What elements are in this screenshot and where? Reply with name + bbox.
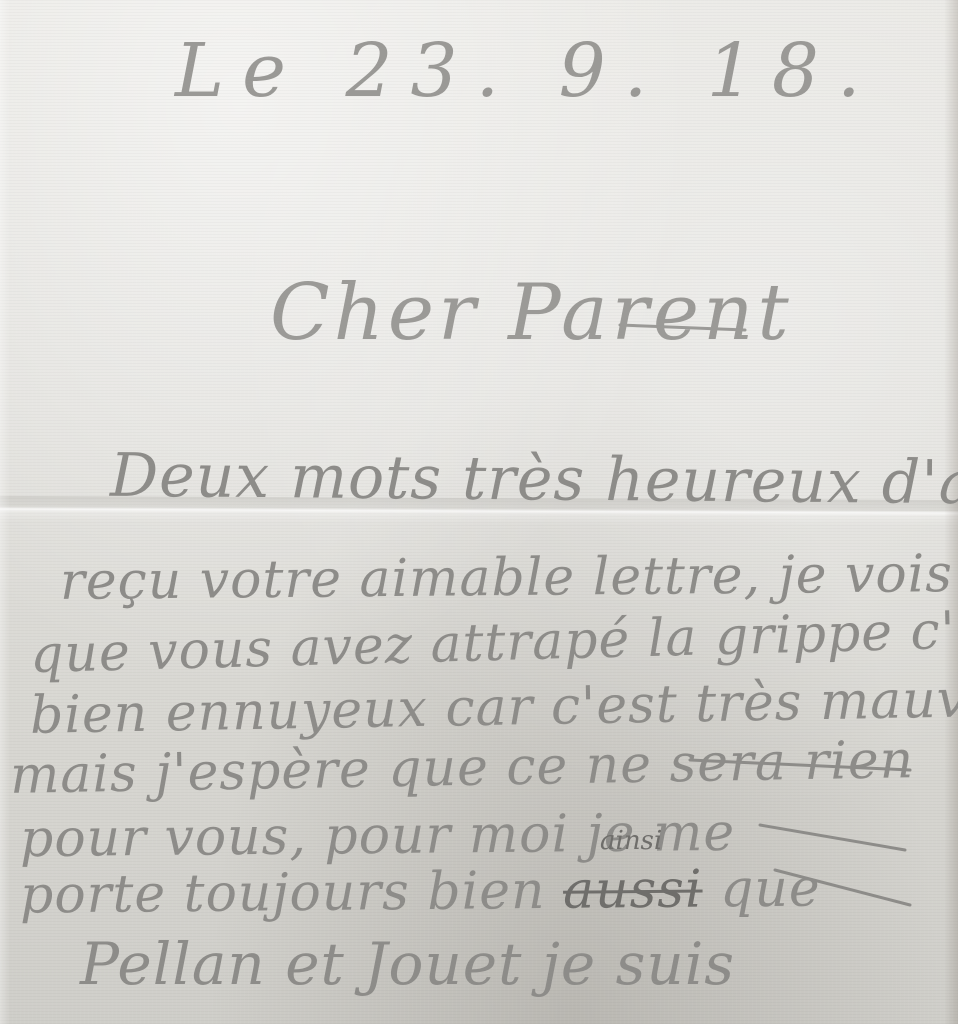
struck-word: aussi xyxy=(563,860,703,921)
inserted-correction: ainsi xyxy=(600,826,662,856)
letter-date: Le 23. 9. 18. xyxy=(175,28,878,114)
letter-line-7-text: porte toujours bien xyxy=(20,861,546,926)
letter-line-7: porte toujours bien aussi que xyxy=(20,859,821,926)
letter-line-1: Deux mots très heureux d'avoir xyxy=(110,441,958,520)
paper-left-edge xyxy=(0,0,10,1024)
letter-line-7-end: que xyxy=(720,859,821,920)
letter-salutation: Cher Parent xyxy=(270,268,793,358)
letter-line-2: reçu votre aimable lettre, je vois xyxy=(60,544,953,612)
letter-line-8: Pellan et Jouet je suis xyxy=(80,930,735,998)
